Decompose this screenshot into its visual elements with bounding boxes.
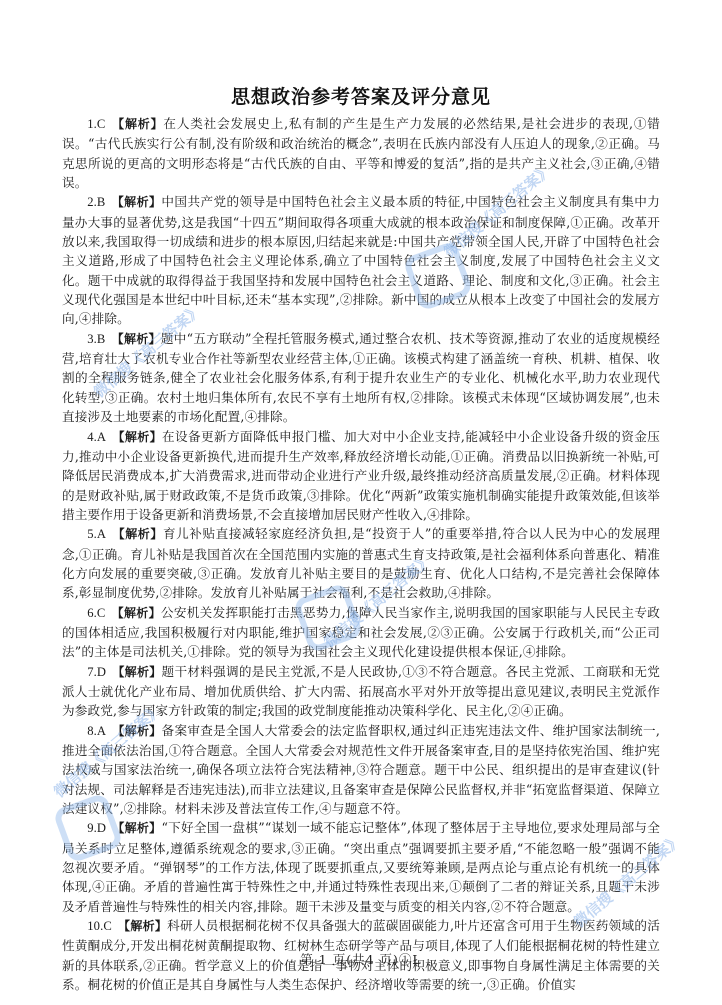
answer-paragraph-9: 9.D【解析】“下好全国一盘棋”“谋划一域不能忘记整体”,体现了整体居于主导地位… bbox=[62, 818, 660, 916]
answer-number: 2.B bbox=[87, 195, 105, 209]
answer-paragraph-5: 5.A【解析】育儿补贴直接减轻家庭经济负担,是“投资于人”的重要举措,符合以人民… bbox=[62, 524, 660, 602]
analysis-tag: 【解析】 bbox=[112, 527, 163, 541]
analysis-tag: 【解析】 bbox=[112, 821, 161, 835]
document-page: 思想政治参考答案及评分意见 1.C【解析】在人类社会发展史上,私有制的产生是生产… bbox=[62, 84, 660, 994]
answer-paragraph-3: 3.B【解析】题中“五方联动”全程托管服务模式,通过整合农机、技术等资源,推动了… bbox=[62, 329, 660, 427]
answer-number: 7.D bbox=[87, 665, 106, 679]
analysis-tag: 【解析】 bbox=[112, 430, 162, 444]
analysis-tag: 【解析】 bbox=[112, 665, 161, 679]
answer-text: 中国共产党的领导是中国特色社会主义最本质的特征,中国特色社会主义制度具有集中力量… bbox=[62, 194, 660, 326]
answer-paragraph-6: 6.C【解析】公安机关发挥职能打击黑恶势力,保障人民当家作主,说明我国的国家职能… bbox=[62, 603, 660, 662]
answer-number: 4.A bbox=[87, 430, 106, 444]
answer-number: 10.C bbox=[87, 919, 112, 933]
analysis-tag: 【解析】 bbox=[112, 724, 161, 738]
page-footer: 第 1 页(共4 页)①L bbox=[0, 950, 722, 968]
answer-paragraph-7: 7.D【解析】题干材料强调的是民主党派,不是人民政协,①③不符合题意。各民主党派… bbox=[62, 662, 660, 721]
page-title: 思想政治参考答案及评分意见 bbox=[62, 84, 660, 110]
answer-paragraph-8: 8.A【解析】备案审查是全国人大常委会的法定监督职权,通过纠正违宪违法文件、维护… bbox=[62, 721, 660, 819]
answer-paragraph-2: 2.B【解析】中国共产党的领导是中国特色社会主义最本质的特征,中国特色社会主义制… bbox=[62, 192, 660, 328]
answer-number: 3.B bbox=[87, 332, 105, 346]
answer-number: 6.C bbox=[87, 606, 105, 620]
answer-paragraph-1: 1.C【解析】在人类社会发展史上,私有制的产生是生产力发展的必然结果,是社会进步… bbox=[62, 114, 660, 192]
answer-number: 8.A bbox=[87, 724, 106, 738]
analysis-tag: 【解析】 bbox=[111, 195, 161, 209]
answer-paragraph-4: 4.A【解析】在设备更新方面降低申报门槛、加大对中小企业支持,能减轻中小企业设备… bbox=[62, 427, 660, 525]
answer-number: 1.C bbox=[87, 117, 105, 131]
analysis-tag: 【解析】 bbox=[111, 117, 163, 131]
analysis-tag: 【解析】 bbox=[118, 919, 167, 933]
answer-number: 9.D bbox=[87, 821, 106, 835]
analysis-tag: 【解析】 bbox=[111, 332, 160, 346]
analysis-tag: 【解析】 bbox=[111, 606, 160, 620]
answer-number: 5.A bbox=[87, 527, 106, 541]
